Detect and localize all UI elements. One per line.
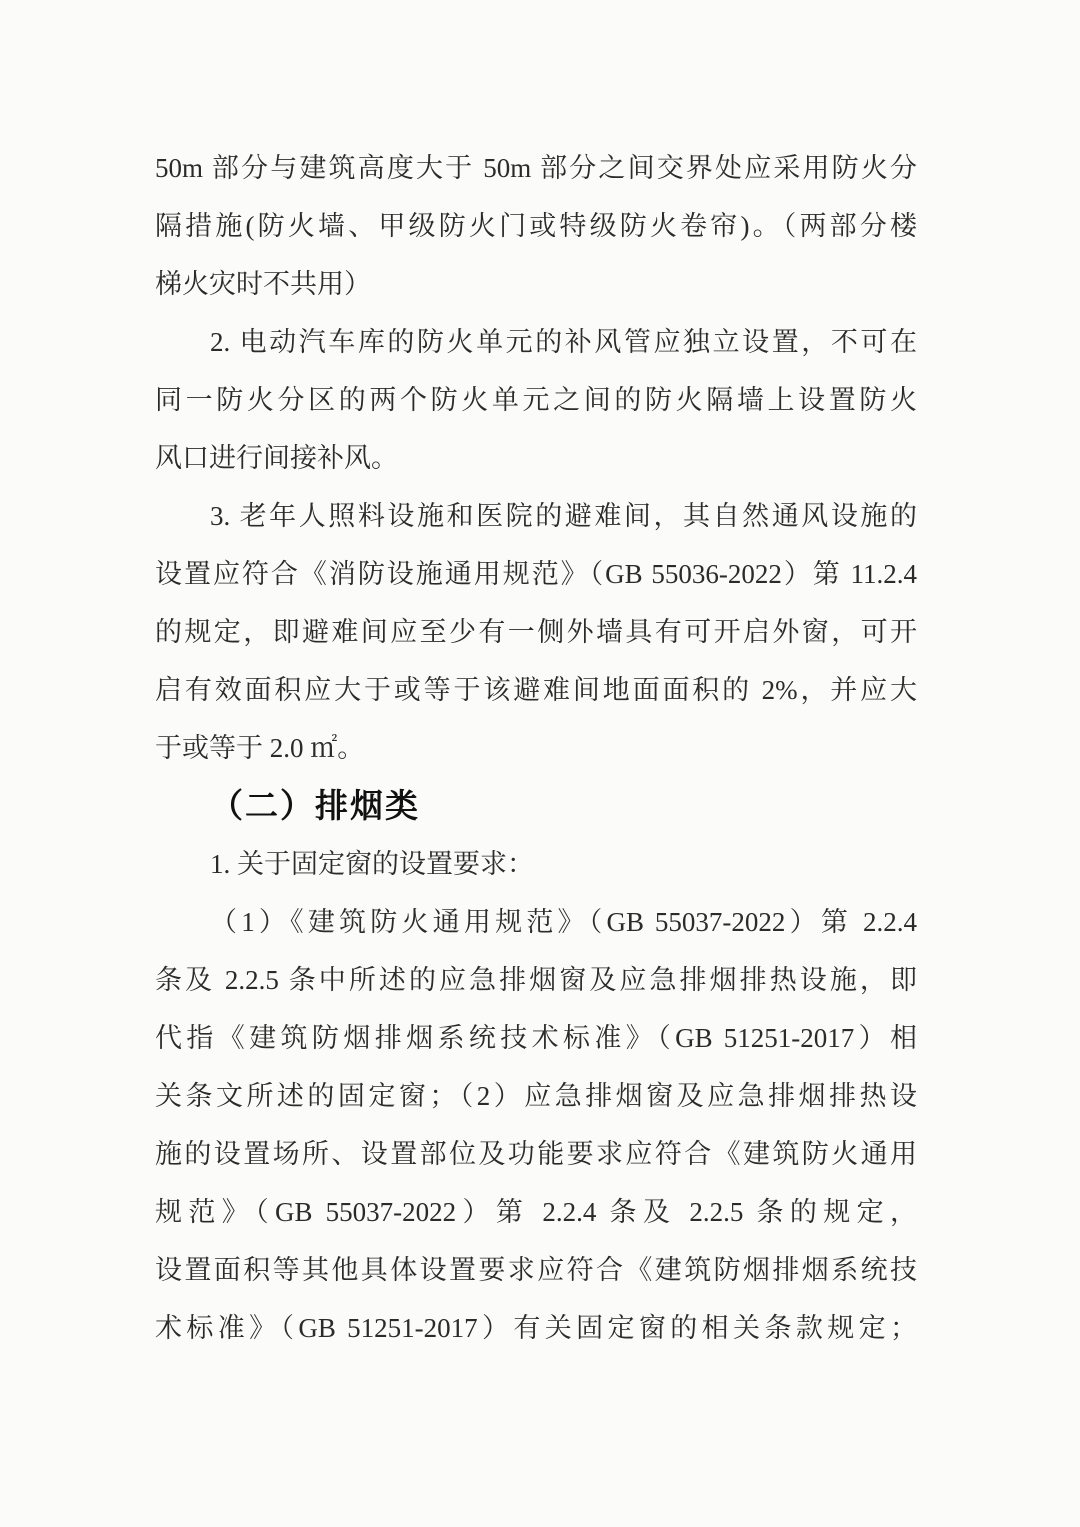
- text-line: 的规定，即避难间应至少有一侧外墙具有可开启外窗，可开: [155, 603, 917, 661]
- text-line: 1. 关于固定窗的设置要求：: [155, 835, 917, 893]
- section-heading: （二）排烟类: [155, 777, 917, 835]
- text-line: 于或等于 2.0 ㎡。: [155, 719, 917, 777]
- text-line: 50m 部分与建筑高度大于 50m 部分之间交界处应采用防火分: [155, 139, 917, 197]
- text-line: 启有效面积应大于或等于该避难间地面面积的 2%，并应大: [155, 661, 917, 719]
- text-line: 设置面积等其他具体设置要求应符合《建筑防烟排烟系统技: [155, 1241, 917, 1299]
- text-line: 3. 老年人照料设施和医院的避难间，其自然通风设施的: [155, 487, 917, 545]
- document-page: 50m 部分与建筑高度大于 50m 部分之间交界处应采用防火分 隔措施(防火墙、…: [0, 0, 1080, 1527]
- text-line: 同一防火分区的两个防火单元之间的防火隔墙上设置防火: [155, 371, 917, 429]
- text-line: 2. 电动汽车库的防火单元的补风管应独立设置，不可在: [155, 313, 917, 371]
- text-line: 代指《建筑防烟排烟系统技术标准》（GB 51251-2017）相: [155, 1009, 917, 1067]
- text-line: 梯火灾时不共用）: [155, 255, 917, 313]
- text-line: 术标准》（GB 51251-2017）有关固定窗的相关条款规定；: [155, 1299, 917, 1357]
- text-line: 关条文所述的固定窗；（2）应急排烟窗及应急排烟排热设: [155, 1067, 917, 1125]
- text-line: （1）《建筑防火通用规范》（GB 55037-2022）第 2.2.4: [155, 893, 917, 951]
- text-line: 条及 2.2.5 条中所述的应急排烟窗及应急排烟排热设施，即: [155, 951, 917, 1009]
- text-line: 设置应符合《消防设施通用规范》（GB 55036-2022）第 11.2.4: [155, 545, 917, 603]
- text-line: 施的设置场所、设置部位及功能要求应符合《建筑防火通用: [155, 1125, 917, 1183]
- document-content: 50m 部分与建筑高度大于 50m 部分之间交界处应采用防火分 隔措施(防火墙、…: [155, 139, 917, 1357]
- text-line: 隔措施(防火墙、甲级防火门或特级防火卷帘)。（两部分楼: [155, 197, 917, 255]
- text-line: 规范》（GB 55037-2022）第 2.2.4 条及 2.2.5 条的规定，: [155, 1183, 917, 1241]
- text-line: 风口进行间接补风。: [155, 429, 917, 487]
